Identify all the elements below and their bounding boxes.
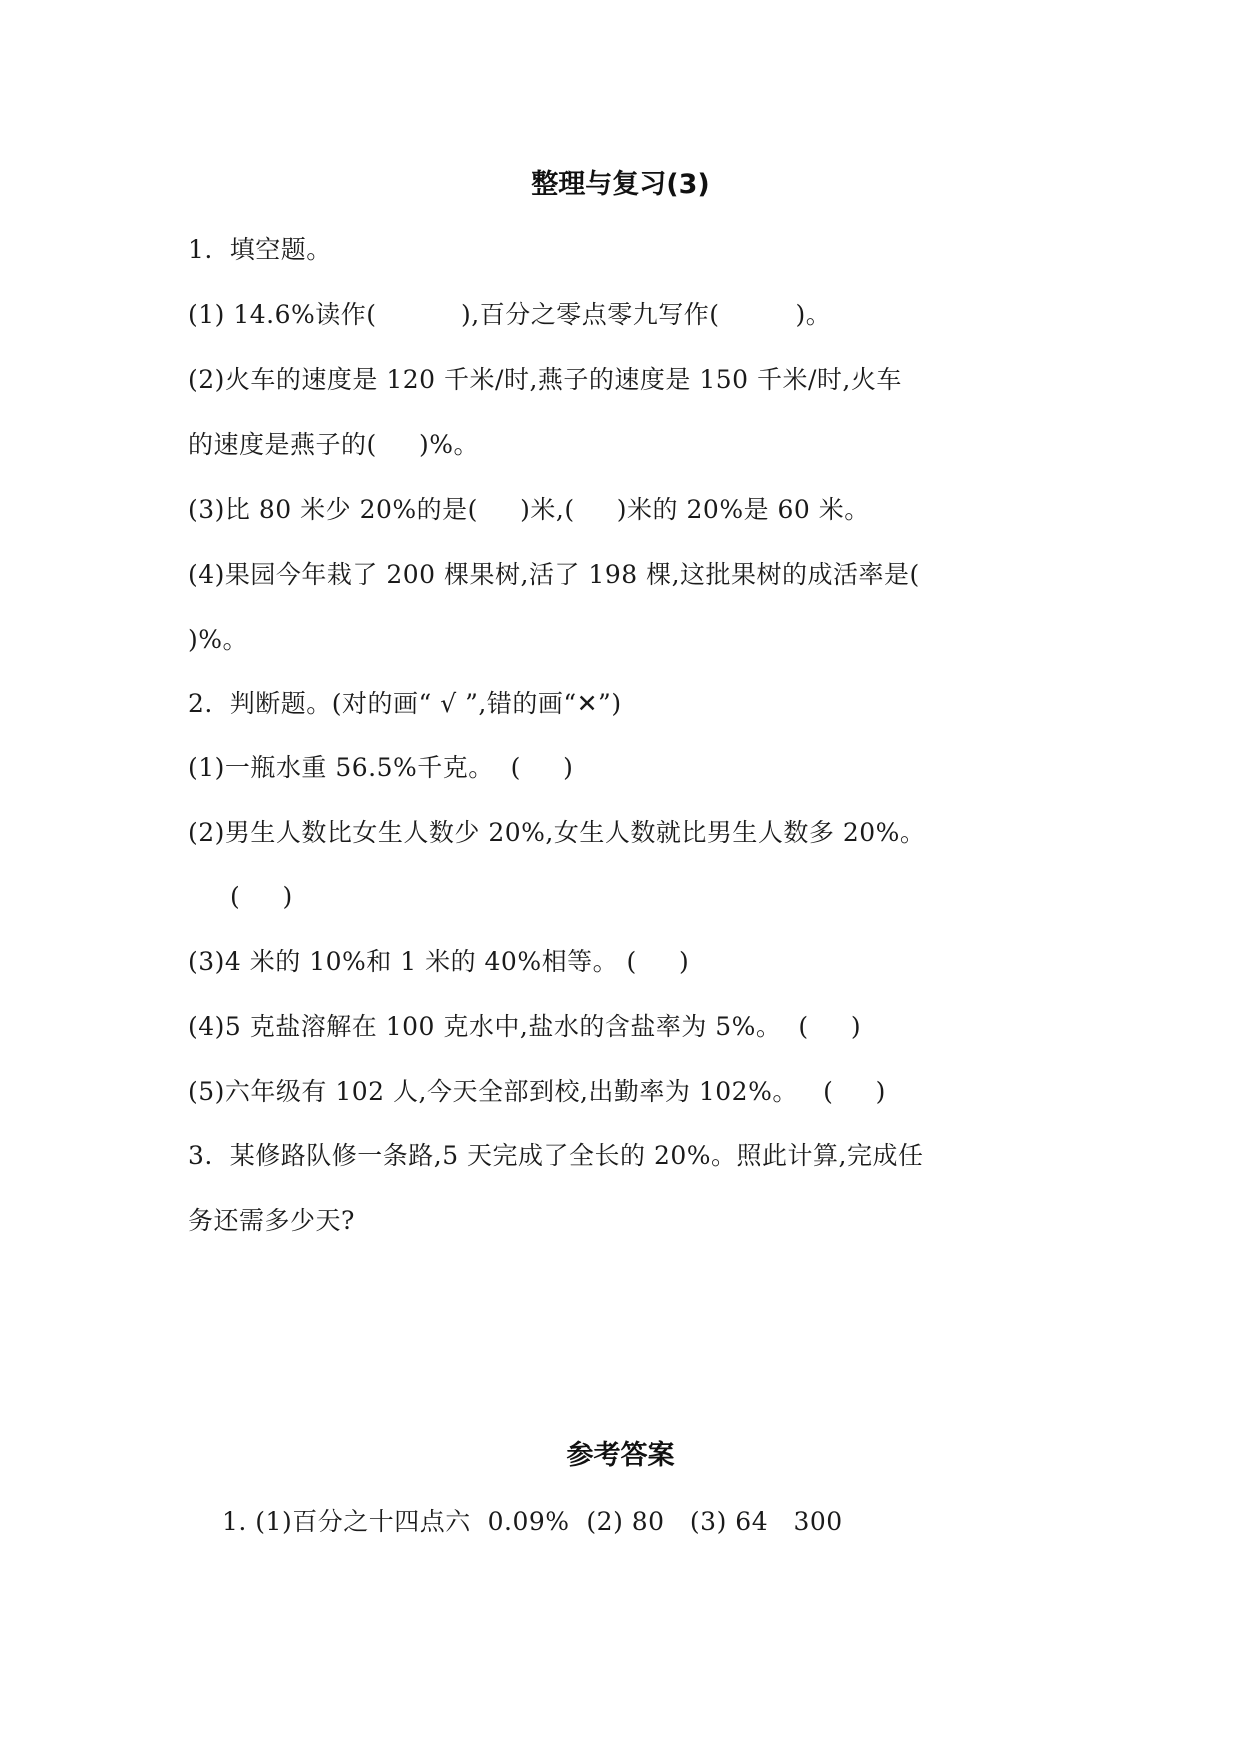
- fill-blank-question-1: (1) 14.6%读作( ),百分之零点零九写作( )。: [188, 299, 831, 331]
- section-1-heading: 1. 填空题。: [188, 234, 332, 266]
- judgment-question-3: (3)4 米的 10%和 1 米的 40%相等。 ( ): [188, 946, 689, 978]
- word-problem-continued: 务还需多少天?: [188, 1205, 355, 1237]
- section-3-heading: 3. 某修路队修一条路,5 天完成了全长的 20%。照此计算,完成任: [188, 1140, 924, 1172]
- worksheet-page: 整理与复习(3) 1. 填空题。 (1) 14.6%读作( ),百分之零点零九写…: [0, 0, 1241, 1754]
- fill-blank-question-4-continued: )%。: [188, 624, 248, 656]
- judgment-question-2: (2)男生人数比女生人数少 20%,女生人数就比男生人数多 20%。: [188, 817, 925, 849]
- fill-blank-question-2: (2)火车的速度是 120 千米/时,燕子的速度是 150 千米/时,火车: [188, 364, 902, 396]
- fill-blank-question-2-continued: 的速度是燕子的( )%。: [188, 429, 479, 461]
- page-title: 整理与复习(3): [0, 168, 1241, 202]
- judgment-question-1: (1)一瓶水重 56.5%千克。 ( ): [188, 752, 573, 784]
- fill-blank-question-3: (3)比 80 米少 20%的是( )米,( )米的 20%是 60 米。: [188, 494, 870, 526]
- section-2-heading: 2. 判断题。(对的画“ √ ”,错的画“✕”): [188, 688, 622, 720]
- judgment-question-2-answer-blank: ( ): [230, 881, 293, 913]
- answers-title: 参考答案: [0, 1439, 1241, 1473]
- fill-blank-question-4: (4)果园今年栽了 200 棵果树,活了 198 棵,这批果树的成活率是(: [188, 559, 920, 591]
- judgment-question-4: (4)5 克盐溶解在 100 克水中,盐水的含盐率为 5%。 ( ): [188, 1011, 861, 1043]
- answers-line-1: 1. (1)百分之十四点六 0.09% (2) 80 (3) 64 300: [222, 1506, 843, 1538]
- judgment-question-5: (5)六年级有 102 人,今天全部到校,出勤率为 102%。 ( ): [188, 1076, 886, 1108]
